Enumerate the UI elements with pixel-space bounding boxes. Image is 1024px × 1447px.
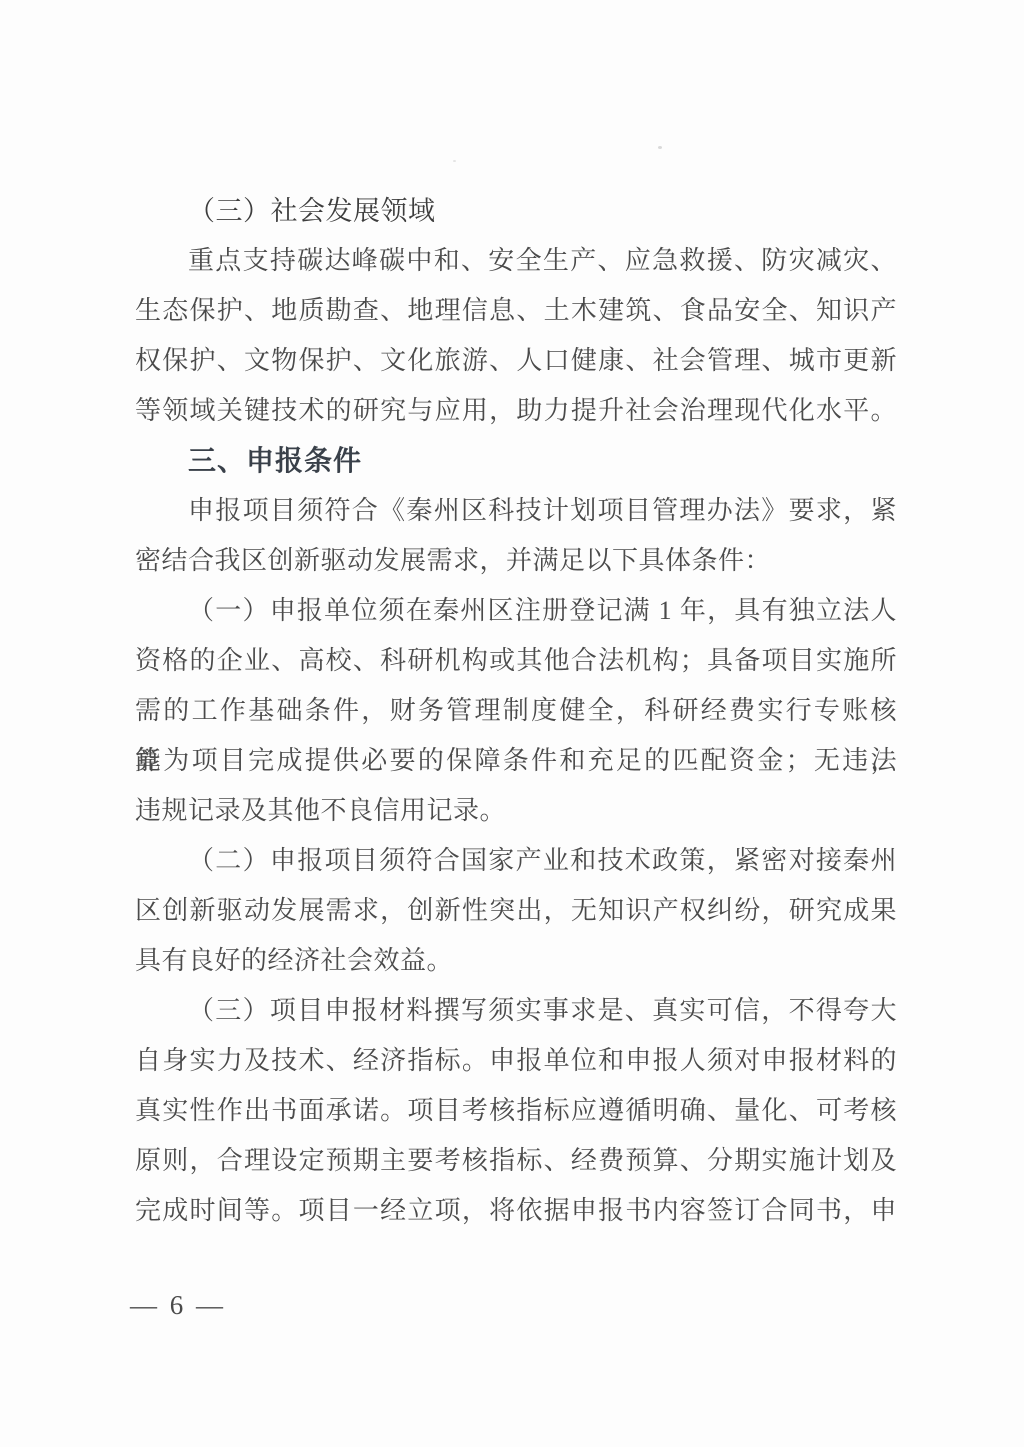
text-line: 密结合我区创新驱动发展需求，并满足以下具体条件：	[135, 536, 897, 586]
document-page: （三）社会发展领域重点支持碳达峰碳中和、安全生产、应急救援、防灾减灾、生态保护、…	[0, 0, 1024, 1447]
text-line: （一）申报单位须在秦州区注册登记满 1 年，具有独立法人	[135, 586, 897, 636]
text-line: 违规记录及其他不良信用记录。	[135, 786, 897, 836]
text-line: 能为项目完成提供必要的保障条件和充足的匹配资金；无违法	[135, 736, 897, 786]
text-line: 真实性作出书面承诺。项目考核指标应遵循明确、量化、可考核	[135, 1086, 897, 1136]
text-line: 完成时间等。项目一经立项，将依据申报书内容签订合同书，申	[135, 1186, 897, 1236]
text-line: 需的工作基础条件，财务管理制度健全，科研经费实行专账核算，	[135, 686, 897, 736]
text-line: 重点支持碳达峰碳中和、安全生产、应急救援、防灾减灾、	[135, 236, 897, 286]
scan-speck	[658, 146, 662, 149]
hei-heading: 三、申报条件	[135, 436, 897, 486]
document-body: （三）社会发展领域重点支持碳达峰碳中和、安全生产、应急救援、防灾减灾、生态保护、…	[135, 186, 897, 1236]
text-line: 具有良好的经济社会效益。	[135, 936, 897, 986]
text-line: 生态保护、地质勘查、地理信息、土木建筑、食品安全、知识产	[135, 286, 897, 336]
text-line: 原则，合理设定预期主要考核指标、经费预算、分期实施计划及	[135, 1136, 897, 1186]
text-line: 区创新驱动发展需求，创新性突出，无知识产权纠纷，研究成果	[135, 886, 897, 936]
page-number: — 6 —	[130, 1285, 226, 1325]
text-line: 自身实力及技术、经济指标。申报单位和申报人须对申报材料的	[135, 1036, 897, 1086]
text-line: 申报项目须符合《秦州区科技计划项目管理办法》要求，紧	[135, 486, 897, 536]
text-line: （二）申报项目须符合国家产业和技术政策，紧密对接秦州	[135, 836, 897, 886]
text-line: 权保护、文物保护、文化旅游、人口健康、社会管理、城市更新	[135, 336, 897, 386]
text-line: （三）项目申报材料撰写须实事求是、真实可信，不得夸大	[135, 986, 897, 1036]
text-line: 资格的企业、高校、科研机构或其他合法机构；具备项目实施所	[135, 636, 897, 686]
text-line: 等领域关键技术的研究与应用，助力提升社会治理现代化水平。	[135, 386, 897, 436]
scan-speck	[453, 160, 456, 162]
kai-heading: （三）社会发展领域	[135, 186, 897, 236]
